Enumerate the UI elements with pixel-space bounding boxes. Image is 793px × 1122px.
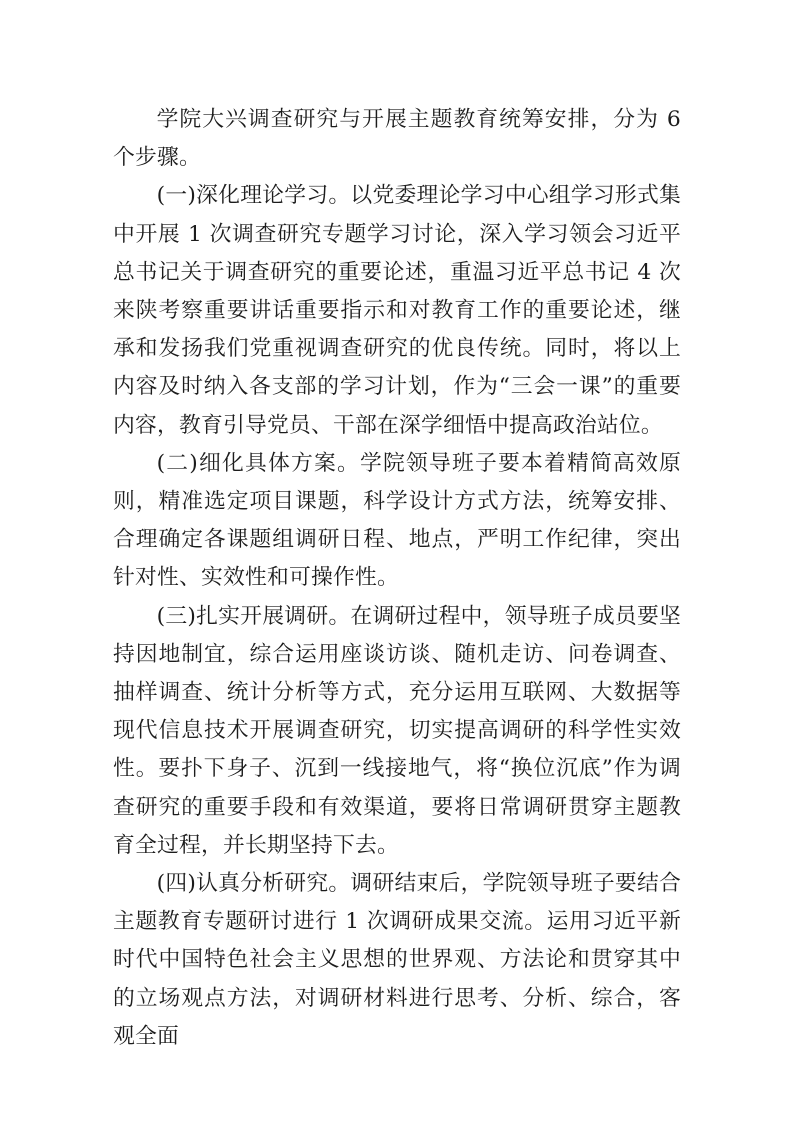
paragraph-step-4: (四)认真分析研究。调研结束后，学院领导班子要结合主题教育专题研讨进行 1 次调… bbox=[113, 865, 681, 1056]
paragraph-step-1: (一)深化理论学习。以党委理论学习中心组学习形式集中开展 1 次调查研究专题学习… bbox=[113, 177, 681, 444]
paragraph-intro: 学院大兴调查研究与开展主题教育统筹安排，分为 6 个步骤。 bbox=[113, 101, 681, 177]
document-body-text: 学院大兴调查研究与开展主题教育统筹安排，分为 6 个步骤。 (一)深化理论学习。… bbox=[113, 101, 681, 1056]
paragraph-step-2: (二)细化具体方案。学院领导班子要本着精简高效原则，精准选定项目课题，科学设计方… bbox=[113, 445, 681, 598]
document-page: 学院大兴调查研究与开展主题教育统筹安排，分为 6 个步骤。 (一)深化理论学习。… bbox=[0, 0, 793, 1122]
paragraph-step-3: (三)扎实开展调研。在调研过程中，领导班子成员要坚持因地制宜，综合运用座谈访谈、… bbox=[113, 598, 681, 865]
